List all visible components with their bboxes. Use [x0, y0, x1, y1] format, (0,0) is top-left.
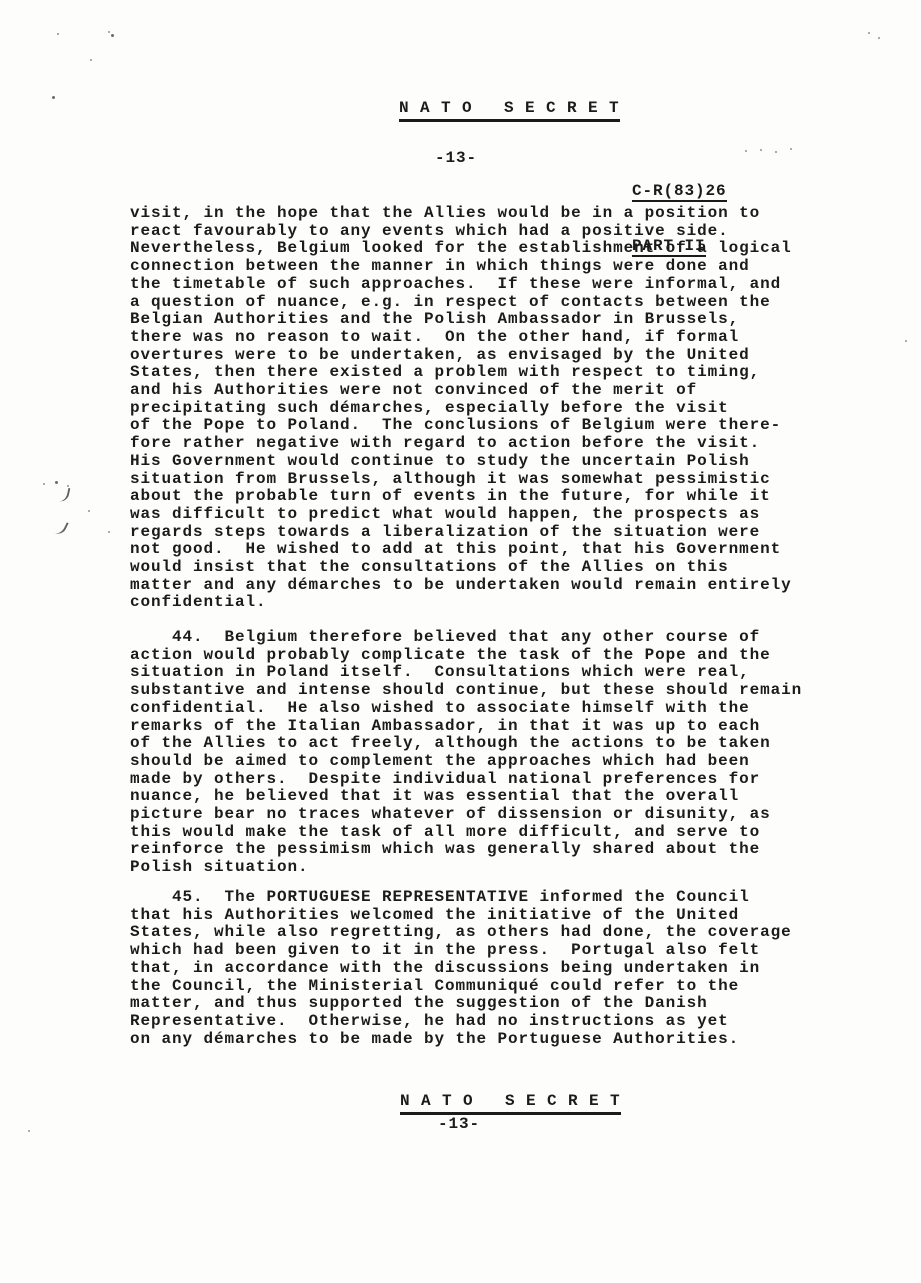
document-page: N A T O S E C R E T -13- C-R(83)26 PART … — [0, 0, 921, 1283]
classification-footer-text: N A T O S E C R E T — [400, 1093, 621, 1116]
page-number-bottom: -13- — [438, 1116, 480, 1134]
paragraph-44: 44. Belgium therefore believed that any … — [130, 629, 802, 877]
paragraph-43: visit, in the hope that the Allies would… — [130, 205, 792, 612]
reference-number: C-R(83)26 — [632, 184, 727, 202]
pen-mark — [57, 486, 71, 503]
classification-header-text: N A T O S E C R E T — [399, 100, 620, 123]
pen-mark — [52, 518, 68, 536]
classification-header: N A T O S E C R E T — [357, 82, 620, 140]
paragraph-45: 45. The PORTUGUESE REPRESENTATIVE inform… — [130, 889, 792, 1048]
page-number-top: -13- — [435, 150, 477, 168]
classification-footer: N A T O S E C R E T — [358, 1075, 621, 1133]
